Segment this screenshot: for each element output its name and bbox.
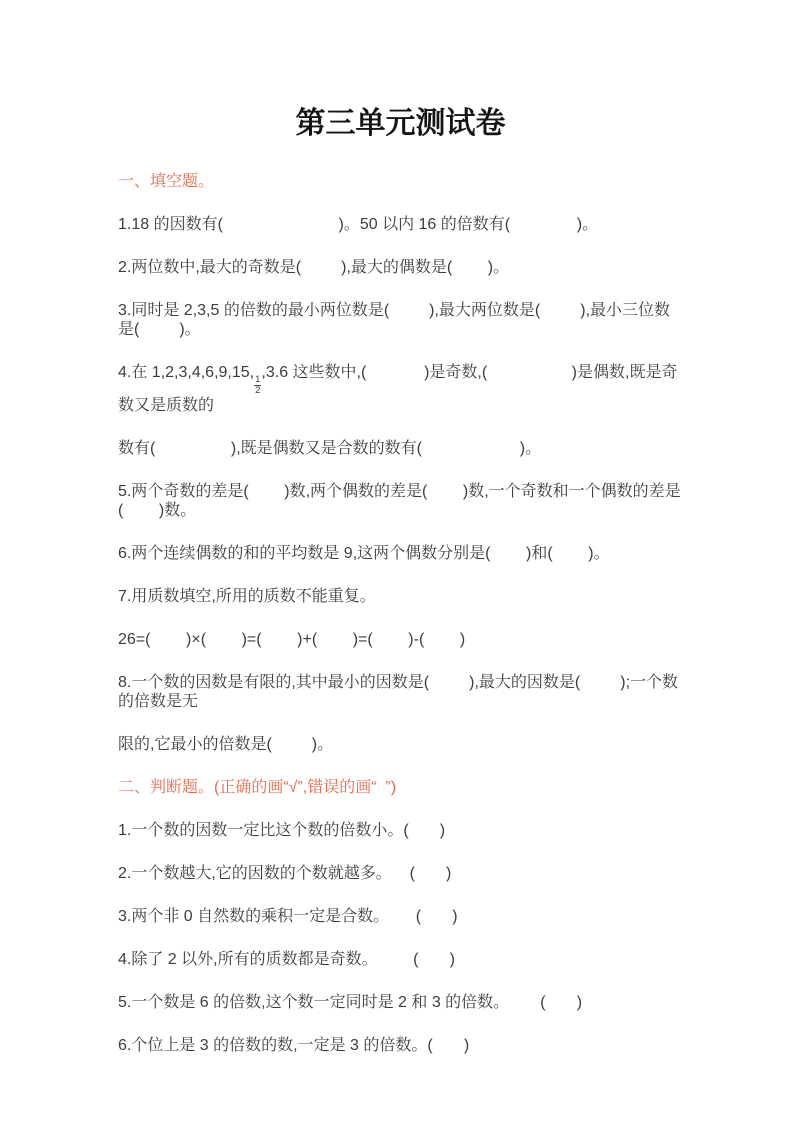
j4-primes-are-odd: 4.除了 2 以外,所有的质数都是奇数。 ( ) [118,950,683,969]
page-title: 第三单元测试卷 [118,106,683,142]
j1-factor-smaller-than-multiple: 1.一个数的因数一定比这个数的倍数小。( ) [118,821,683,840]
j2-bigger-number-more-factors: 2.一个数越大,它的因数的个数就越多。 ( ) [118,864,683,883]
section-2-heading: 二、判断题。(正确的画“√”,错误的画“ ”) [118,778,683,797]
section-1-heading: 一、填空题。 [118,172,683,191]
q4-text-before-fraction: 4.在 1,2,3,4,6,9,15, [118,364,254,381]
test-paper-page: 第三单元测试卷 一、填空题。 1.18 的因数有( )。50 以内 16 的倍数… [0,0,793,1122]
q8-factors-limits-line-1: 8.一个数的因数是有限的,其中最小的因数是( ),最大的因数是( );一个数的倍… [118,673,683,711]
q2-odd-even-two-digit: 2.两位数中,最大的奇数是( ),最大的偶数是( )。 [118,258,683,277]
q8-factors-limits-line-2: 限的,它最小的倍数是( )。 [118,735,683,754]
j5-multiple-of-6: 5.一个数是 6 的倍数,这个数一定同时是 2 和 3 的倍数。 ( ) [118,993,683,1012]
fraction-numerator: 1 [255,375,260,385]
q4-number-classify-line-2: 数有( ),既是偶数又是合数的数有( )。 [118,439,683,458]
j6-units-digit-multiple-of-3: 6.个位上是 3 的倍数的数,一定是 3 的倍数。( ) [118,1036,683,1055]
q4-number-classify-line-1: 4.在 1,2,3,4,6,9,15,12,3.6 这些数中,( )是奇数,( … [118,363,683,415]
q5-difference-parity: 5.两个奇数的差是( )数,两个偶数的差是( )数,一个奇数和一个偶数的差是( … [118,482,683,520]
fraction-denominator: 2 [254,385,261,396]
q1-factors-multiples: 1.18 的因数有( )。50 以内 16 的倍数有( )。 [118,215,683,234]
q7-equation-26: 26=( )×( )=( )+( )=( )-( ) [118,630,683,649]
q3-multiples-235: 3.同时是 2,3,5 的倍数的最小两位数是( ),最大两位数是( ),最小三位… [118,301,683,339]
j3-product-is-composite: 3.两个非 0 自然数的乘积一定是合数。 ( ) [118,907,683,926]
q6-consecutive-evens: 6.两个连续偶数的和的平均数是 9,这两个偶数分别是( )和( )。 [118,544,683,563]
q7-prime-fill-instruction: 7.用质数填空,所用的质数不能重复。 [118,587,683,606]
